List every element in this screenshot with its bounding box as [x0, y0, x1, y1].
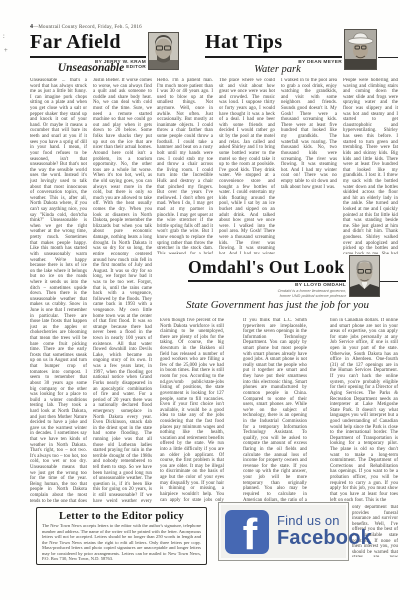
far-afield-rule — [30, 56, 146, 58]
facebook-ad-line2: Facebook — [277, 528, 372, 549]
lloyd-omdahl-portrait-illustration — [350, 256, 379, 296]
lloyd-omdahl-headshot-photo — [349, 255, 380, 297]
letter-policy-body: The New Town News accepts letters to the… — [42, 523, 201, 563]
far-afield-title: Far Afield — [30, 31, 121, 54]
letter-policy-title: Letter to the Editor policy — [42, 511, 201, 522]
hat-tips-rule-right — [378, 57, 398, 58]
hat-tips-column-3: I walked in to the pool area to grab a c… — [281, 78, 337, 254]
letter-policy-box: Letter to the Editor policy The New Town… — [36, 507, 207, 565]
omdahl-credit-line-2: former UND political science professor — [206, 294, 346, 299]
hat-tips-title: Hat Tips — [205, 31, 283, 54]
facebook-f-glyph: f — [243, 517, 258, 553]
scan-mark: + — [4, 47, 8, 54]
hat-tips-column-4: People were hollering and waving and cli… — [343, 78, 398, 254]
scan-mark: : — [2, 33, 6, 40]
omdahl-subhead: State Government has just the job for yo… — [157, 299, 398, 311]
far-afield-subhead: Unseasonable — [30, 62, 152, 74]
hat-tips-column-1: Hello. I'm a patient man. I'm much more … — [157, 78, 213, 254]
issue-line: —Mountrail County Record, Friday, Feb. 5… — [33, 25, 142, 30]
facebook-ad-text: Find us on Facebook — [277, 514, 372, 549]
masthead: 4—Mountrail County Record, Friday, Feb. … — [30, 24, 142, 30]
facebook-ad: f Find us on Facebook — [218, 502, 349, 561]
hat-tips-subhead: Water park — [157, 64, 398, 75]
newspaper-page: : + 4—Mountrail County Record, Friday, F… — [0, 0, 400, 600]
far-afield-column-2: Justin Bieber. If worse comes to worse, … — [93, 78, 152, 504]
facebook-logo-icon: f — [225, 510, 269, 554]
omdahl-column-3: tion in Canadian dollars. If online and … — [330, 318, 398, 502]
omdahl-column-1: Even though five percent of the North Da… — [160, 318, 224, 502]
far-afield-column-1: Unseasonable ... that's a word that has … — [30, 78, 87, 504]
facebook-ad-line1: Find us on — [277, 514, 372, 528]
omdahl-column-2: If you think that L.C. Smith typewriters… — [243, 318, 307, 502]
hat-tips-rule — [205, 56, 342, 58]
omdahl-rule-right — [380, 281, 398, 282]
omdahl-rule — [188, 280, 346, 282]
hat-tips-column-2: The place where we could sit and visit a… — [219, 78, 275, 254]
omdahl-title: Omdahl's Out Look — [188, 257, 345, 278]
